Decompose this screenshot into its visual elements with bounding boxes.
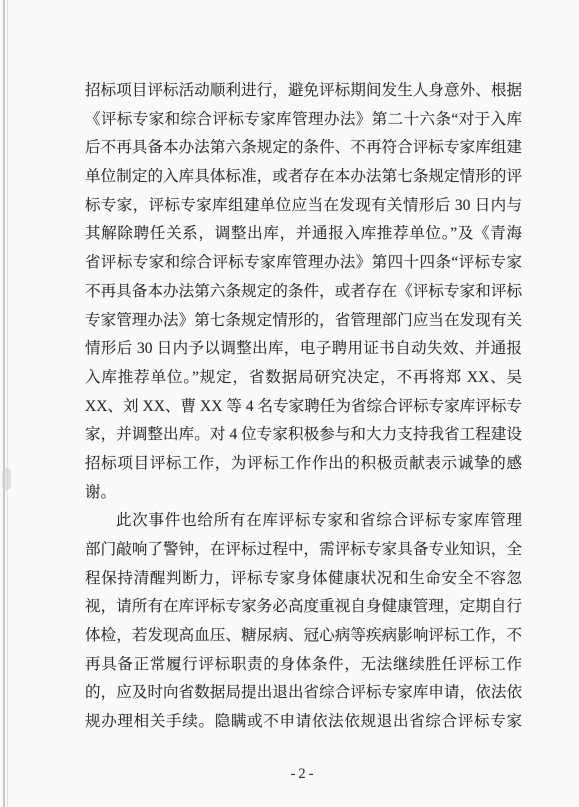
text-line: 单位制定的入库具体标准，或者存在本办法第七条规定情形的评 <box>85 163 522 192</box>
text-line: 不再具备本办法第六条规定的条件，或者存在《评标专家和评标 <box>85 278 522 307</box>
text-line: 标专家，评标专家库组建单位应当在发现有关情形后 30 日内与 <box>85 192 522 221</box>
document-body: 招标项目评标活动顺利进行，避免评标期间发生人身意外、根据《评标专家和综合评标专家… <box>85 77 522 737</box>
scanned-document-page: 招标项目评标活动顺利进行，避免评标期间发生人身意外、根据《评标专家和综合评标专家… <box>0 0 579 807</box>
text-line: 招标项目评标工作，为评标工作作出的积极贡献表示诚挚的感 <box>85 450 522 479</box>
text-line: 的，应及时向省数据局提出退出省综合评标专家库申请，依法依 <box>85 679 522 708</box>
text-line: 情形后 30 日内予以调整出库，电子聘用证书自动失效、并通报 <box>85 335 522 364</box>
text-line: 入库推荐单位。”规定，省数据局研究决定，不再将郑 XX、吴 <box>85 364 522 393</box>
scan-edge-artifact-light <box>7 0 8 807</box>
scan-edge-artifact <box>3 0 5 807</box>
text-line: 家，并调整出库。对 4 位专家积极参与和大力支持我省工程建设 <box>85 421 522 450</box>
text-line: 《评标专家和综合评标专家库管理办法》第二十六条“对于入库 <box>85 106 522 135</box>
text-line: 规办理相关手续。隐瞒或不申请依法依规退出省综合评标专家 <box>85 708 522 737</box>
text-line: 此次事件也给所有在库评标专家和省综合评标专家库管理 <box>85 507 522 536</box>
text-line: 省评标专家和综合评标专家库管理办法》第四十四条“评标专家 <box>85 249 522 278</box>
text-line: XX、刘 XX、曹 XX 等 4 名专家聘任为省综合评标专家库评标专 <box>85 393 522 422</box>
text-line: 程保持清醒判断力，评标专家身体健康状况和生命安全不容忽 <box>85 565 522 594</box>
text-line: 体检，若发现高血压、糖尿病、冠心病等疾病影响评标工作，不 <box>85 622 522 651</box>
text-line: 招标项目评标活动顺利进行，避免评标期间发生人身意外、根据 <box>85 77 522 106</box>
text-line: 谢。 <box>85 479 522 508</box>
page-number: -2- <box>85 766 522 783</box>
text-line: 后不再具备本办法第六条规定的条件、不再符合评标专家库组建 <box>85 134 522 163</box>
text-line: 视，请所有在库评标专家务必高度重视自身健康管理，定期自行 <box>85 593 522 622</box>
text-line: 再具备正常履行评标职责的身体条件，无法继续胜任评标工作 <box>85 651 522 680</box>
text-line: 专家管理办法》第七条规定情形的，省管理部门应当在发现有关 <box>85 307 522 336</box>
text-line: 部门敲响了警钟，在评标过程中，需评标专家具备专业知识，全 <box>85 536 522 565</box>
text-line: 其解除聘任关系，调整出库，并通报入库推荐单位。”及《青海 <box>85 220 522 249</box>
scan-smudge-artifact <box>2 468 11 490</box>
